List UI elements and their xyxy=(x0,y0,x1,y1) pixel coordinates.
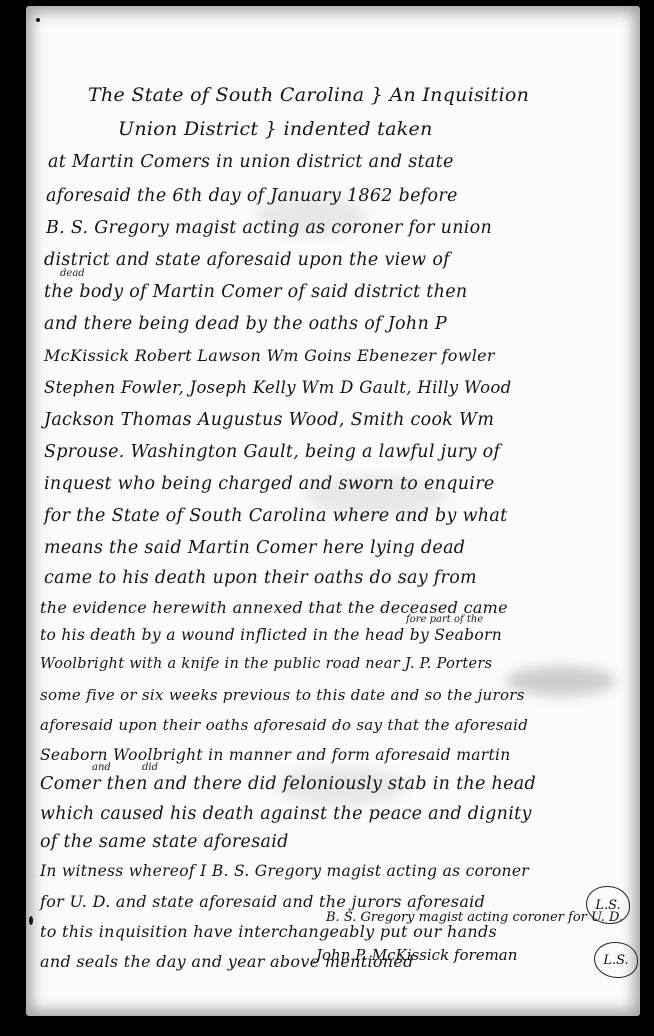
heading-line-2: Union District } indented taken xyxy=(118,118,433,140)
text-line: for the State of South Carolina where an… xyxy=(44,506,507,526)
text-line: Comer then and there did feloniously sta… xyxy=(40,774,536,794)
text-line: of the same state aforesaid xyxy=(40,832,289,852)
text-line: district and state aforesaid upon the vi… xyxy=(44,250,450,270)
text-line: Stephen Fowler, Joseph Kelly Wm D Gault,… xyxy=(44,378,511,397)
paper-speck xyxy=(36,18,40,22)
interlineation: and xyxy=(92,762,111,773)
interlineation: fore part of the xyxy=(406,614,483,625)
text-line: inquest who being charged and sworn to e… xyxy=(44,474,495,494)
text-line: means the said Martin Comer here lying d… xyxy=(44,538,465,558)
text-line: some five or six weeks previous to this … xyxy=(40,686,525,704)
paper-speck xyxy=(29,916,33,925)
text-line: to his death by a wound inflicted in the… xyxy=(40,626,502,644)
text-line: B. S. Gregory magist acting as coroner f… xyxy=(46,218,492,238)
heading-line-1: The State of South Carolina } An Inquisi… xyxy=(88,84,529,106)
text-line: Woolbright with a knife in the public ro… xyxy=(40,656,492,672)
interlineation: dead xyxy=(60,268,85,279)
text-line: at Martin Comers in union district and s… xyxy=(48,152,454,172)
text-line: came to his death upon their oaths do sa… xyxy=(44,568,477,588)
interlineation: did xyxy=(142,762,158,773)
text-line: Sprouse. Washington Gault, being a lawfu… xyxy=(44,442,500,462)
signature-magistrate: B. S. Gregory magist acting coroner for … xyxy=(326,910,623,925)
text-line: aforesaid the 6th day of January 1862 be… xyxy=(46,186,458,206)
text-line: which caused his death against the peace… xyxy=(40,804,532,824)
seal-ls-magistrate: L.S. xyxy=(586,886,630,924)
seal-ls-foreman: L.S. xyxy=(594,942,638,978)
manuscript-page: The State of South Carolina } An Inquisi… xyxy=(26,6,640,1016)
signature-foreman: John P. McKissick foreman xyxy=(316,946,517,964)
text-line: and there being dead by the oaths of Joh… xyxy=(44,314,447,334)
text-line: the body of Martin Comer of said distric… xyxy=(44,282,467,302)
text-line: McKissick Robert Lawson Wm Goins Ebeneze… xyxy=(44,346,495,365)
text-line: aforesaid upon their oaths aforesaid do … xyxy=(40,716,528,734)
text-line: for U. D. and state aforesaid and the ju… xyxy=(40,892,485,911)
text-line: In witness whereof I B. S. Gregory magis… xyxy=(40,862,529,880)
text-line: Jackson Thomas Augustus Wood, Smith cook… xyxy=(44,410,494,430)
